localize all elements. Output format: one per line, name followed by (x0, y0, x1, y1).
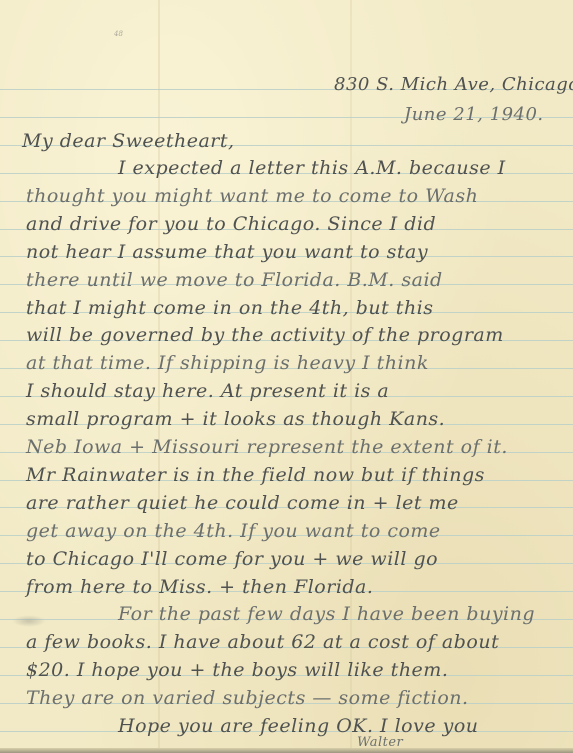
sender-address: 830 S. Mich Ave, Chicago (334, 74, 573, 95)
letter-line: For the past few days I have been buying (118, 603, 535, 625)
letter-line: a few books. I have about 62 at a cost o… (26, 631, 499, 653)
letter-line: and drive for you to Chicago. Since I di… (26, 213, 436, 235)
ink-smudge (12, 615, 46, 627)
letter-line: not hear I assume that you want to stay (26, 241, 428, 263)
letter-line: small program + it looks as though Kans. (26, 408, 445, 430)
letter-line: at that time. If shipping is heavy I thi… (26, 352, 429, 374)
letter-line: from here to Miss. + then Florida. (26, 576, 373, 598)
letter-line: to Chicago I'll come for you + we will g… (26, 548, 438, 570)
letter-line: I should stay here. At present it is a (26, 380, 389, 402)
salutation: My dear Sweetheart, (22, 130, 235, 152)
letter-line: $20. I hope you + the boys will like the… (26, 659, 448, 681)
letter-line: get away on the 4th. If you want to come (26, 520, 441, 542)
letter-line: Neb Iowa + Missouri represent the extent… (26, 436, 508, 458)
letter-page: 48 830 S. Mich Ave, Chicago June 21, 194… (0, 0, 573, 753)
letter-line: thought you might want me to come to Was… (26, 185, 478, 207)
letter-line: Hope you are feeling OK. I love you (118, 715, 479, 737)
letter-line: They are on varied subjects — some ficti… (26, 687, 469, 709)
page-edge (0, 748, 573, 753)
corner-pencil-mark: 48 (114, 30, 123, 38)
letter-line: there until we move to Florida. B.M. sai… (26, 269, 443, 291)
letter-line: are rather quiet he could come in + let … (26, 492, 459, 514)
letter-line: will be governed by the activity of the … (26, 324, 504, 346)
letter-line: Mr Rainwater is in the field now but if … (26, 464, 485, 486)
letter-line: I expected a letter this A.M. because I (118, 157, 506, 179)
letter-date: June 21, 1940. (404, 104, 544, 125)
letter-line: that I might come in on the 4th, but thi… (26, 297, 434, 319)
